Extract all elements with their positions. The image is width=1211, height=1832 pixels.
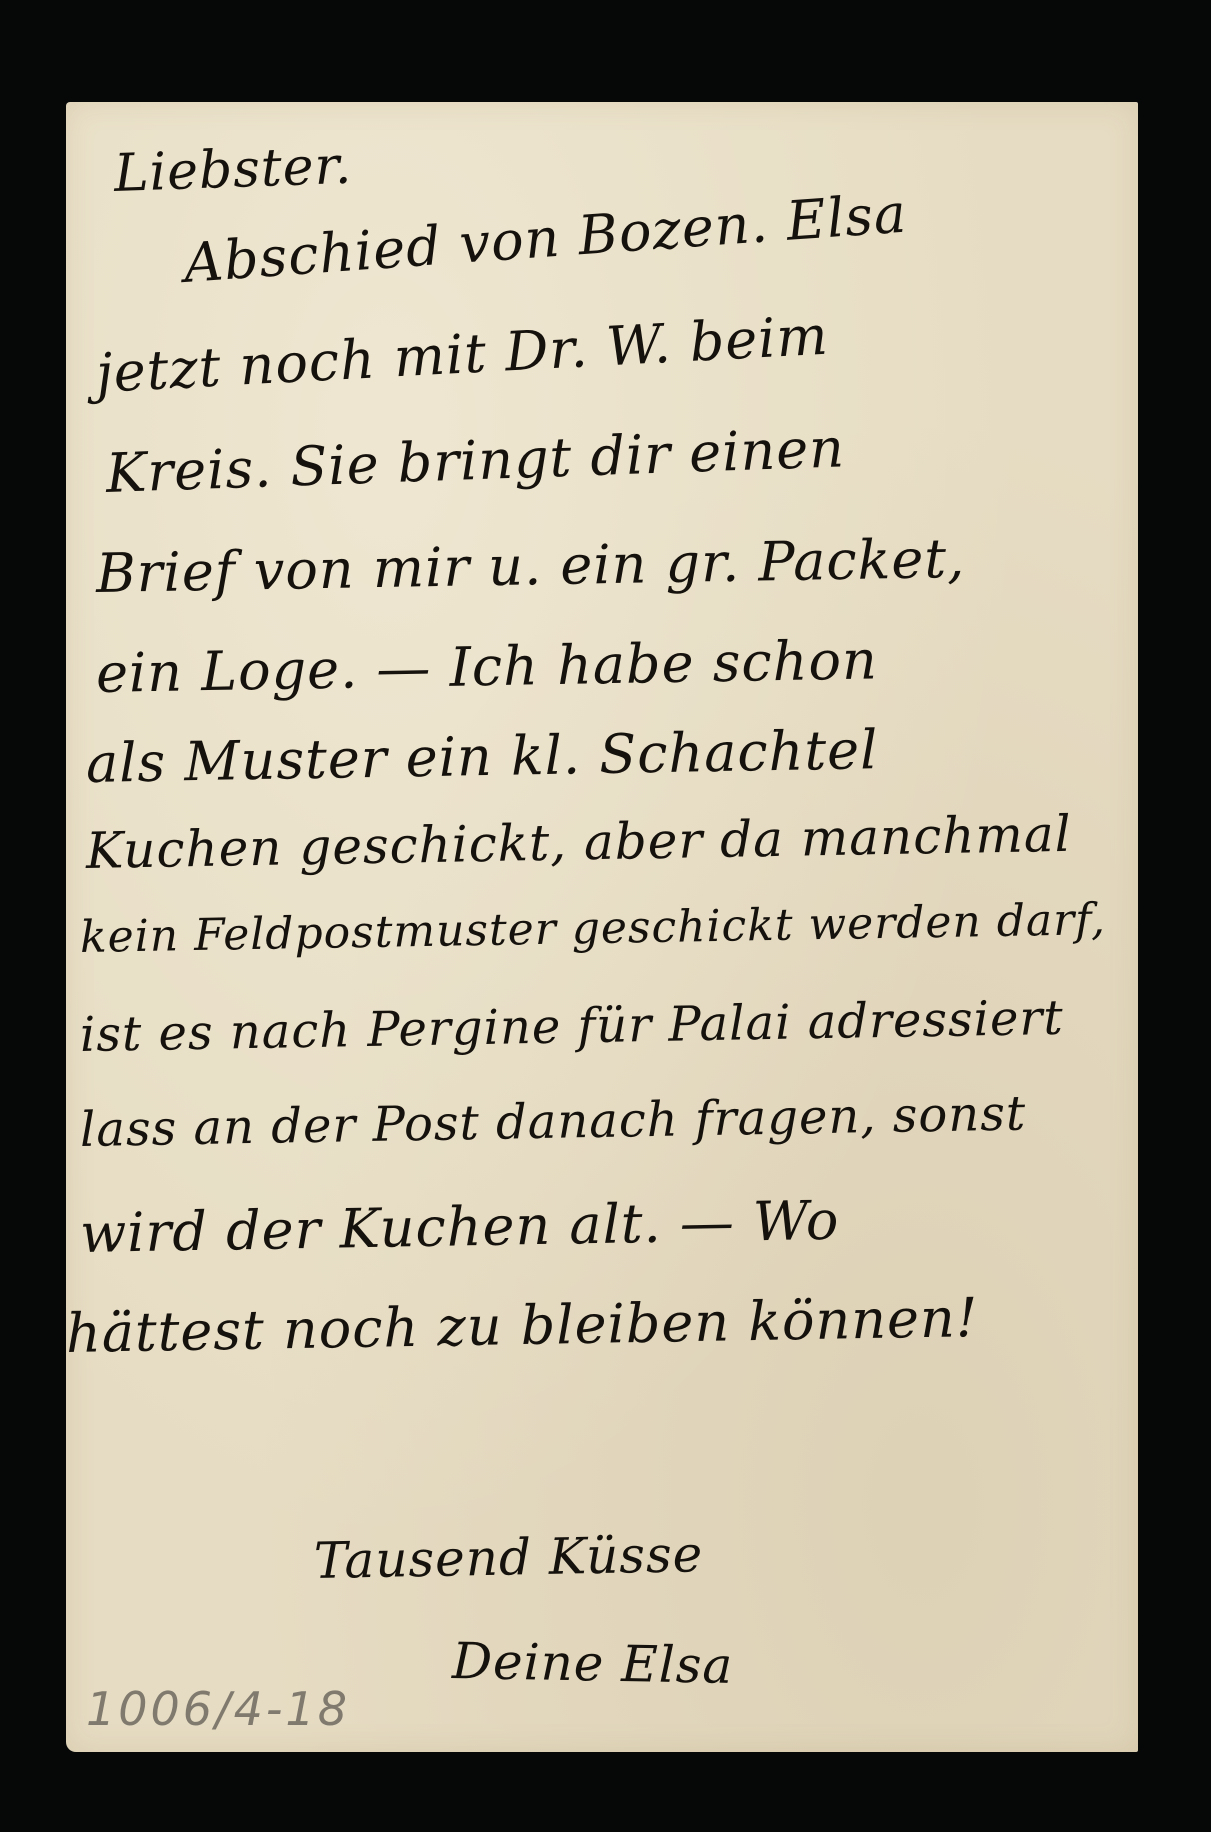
body-line: lass an der Post danach fragen, sonst: [80, 1085, 1027, 1158]
body-line: ist es nach Pergine für Palai adressiert: [80, 990, 1065, 1063]
body-line: Kreis. Sie bringt dir einen: [105, 416, 846, 505]
body-line: kein Feldpostmuster geschickt werden dar…: [80, 894, 1107, 963]
body-line: Kuchen geschickt, aber da manchmal: [85, 805, 1072, 880]
body-line: jetzt noch mit Dr. W. beim: [94, 304, 830, 405]
body-line: hättest noch zu bleiben können!: [65, 1286, 979, 1365]
greeting: Liebster.: [113, 136, 353, 204]
closing: Tausend Küsse: [313, 1525, 703, 1590]
body-line: Brief von mir u. ein gr. Packet,: [95, 527, 965, 605]
signature: Deine Elsa: [451, 1632, 733, 1695]
body-line: Abschied von Bozen. Elsa: [182, 182, 909, 295]
archive-number: 1006/4-18: [86, 1682, 350, 1736]
body-line: als Muster ein kl. Schachtel: [85, 718, 878, 795]
body-line: ein Loge. — Ich habe schon: [95, 628, 878, 705]
body-line: wird der Kuchen alt. — Wo: [79, 1189, 839, 1265]
postcard: Liebster. Abschied von Bozen. Elsa jetzt…: [66, 102, 1138, 1752]
